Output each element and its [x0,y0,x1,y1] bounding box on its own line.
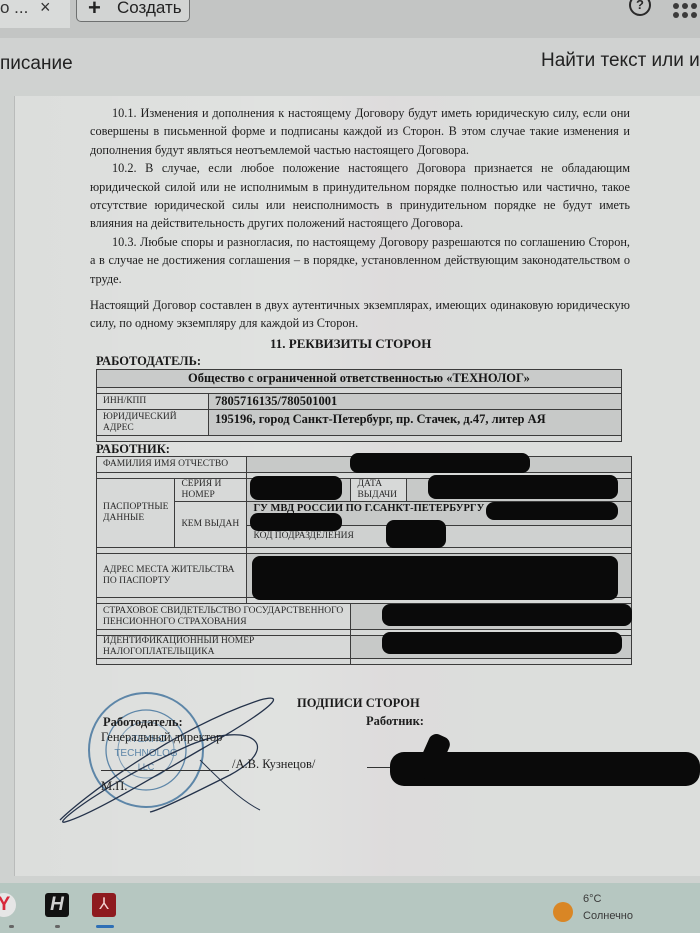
redaction-dept-code [386,520,446,548]
passport-label: ПАСПОРТНЫЕ ДАННЫЕ [97,479,175,548]
closing-paragraph: Настоящий Договор составлен в двух аутен… [90,296,630,333]
fio-label: ФАМИЛИЯ ИМЯ ОТЧЕСТВО [97,457,247,473]
clause-10-3: 10.3. Любые споры и разногласия, по наст… [90,233,630,288]
redaction-taxpayer-id [382,632,622,654]
weather-description[interactable]: Солнечно [583,910,633,922]
employer-signature-line [101,770,229,771]
employer-label: РАБОТОДАТЕЛЬ: [96,354,201,369]
signature-scribble-icon [50,690,370,830]
employer-name: Общество с ограниченной ответственностью… [97,370,622,388]
document-toolbar: писание Найти текст или ин [0,38,700,90]
create-button[interactable]: + Создать [76,0,190,22]
clause-10-2: 10.2. В случае, если любое положение нас… [90,159,630,233]
employer-table: Общество с ограниченной ответственностью… [96,369,622,442]
find-text-button[interactable]: Найти текст или ин [541,50,700,72]
employer-sign-label: Работодатель: [103,715,183,730]
employee-sign-label: Работник: [366,714,424,729]
employee-label: РАБОТНИК: [96,442,170,457]
running-indicator [9,925,14,928]
h-app-icon[interactable]: H [45,893,69,917]
redaction-issued-by [486,502,618,520]
plus-icon: + [88,0,101,21]
acrobat-icon[interactable]: ⅄ [92,893,116,917]
section-title: 11. РЕКВИЗИТЫ СТОРОН [270,336,431,352]
redaction-address [252,556,618,600]
document-tab[interactable]: о ... × [0,0,70,28]
sun-icon[interactable] [553,902,573,922]
stamp-place-label: М.П. [101,779,127,794]
yandex-browser-icon[interactable]: Y [0,893,16,917]
series-number-label: СЕРИЯ И НОМЕР [175,479,247,502]
employer-signatory-name: /А.В. Кузнецов/ [232,757,315,772]
inn-kpp-value: 7805716135/780501001 [209,394,622,410]
legal-address-label: ЮРИДИЧЕСКИЙ АДРЕС [97,410,209,436]
create-button-label: Создать [117,0,182,18]
redaction-snils [382,604,632,626]
issued-by-label: КЕМ ВЫДАН [175,502,247,548]
issue-date-label: ДАТА ВЫДАЧИ [351,479,407,502]
taxpayer-id-label: ИДЕНТИФИКАЦИОННЫЙ НОМЕР НАЛОГОПЛАТЕЛЬЩИК… [97,636,351,659]
inn-kpp-label: ИНН/КПП [97,394,209,410]
running-indicator [55,925,60,928]
tab-title: о ... [0,0,28,18]
employer-position: Генеральный директор [101,730,222,745]
redaction-issued-by-2 [250,513,342,531]
legal-address-value: 195196, город Санкт-Петербург, пр. Стаче… [209,410,622,436]
help-icon[interactable]: ? [629,0,651,16]
contract-text: 10.1. Изменения и дополнения к настоящем… [90,104,630,333]
clause-10-1: 10.1. Изменения и дополнения к настоящем… [90,104,630,159]
weather-temperature[interactable]: 6°C [583,893,601,905]
redaction-series [250,476,342,500]
active-app-indicator [96,925,114,928]
snils-label: СТРАХОВОЕ СВИДЕТЕЛЬСТВО ГОСУДАРСТВЕННОГО… [97,604,351,630]
edit-sign-label[interactable]: писание [0,53,73,75]
residence-address-label: АДРЕС МЕСТА ЖИТЕЛЬСТВА ПО ПАСПОРТУ [97,554,247,598]
apps-grid-icon[interactable] [673,0,700,18]
redaction-issue-date [428,475,618,499]
taskbar: Y H ⅄ 6°C Солнечно [0,883,700,933]
app-toolbar: о ... × + Создать ? [0,0,700,38]
redaction-fio [350,453,530,473]
close-tab-icon[interactable]: × [40,0,51,18]
